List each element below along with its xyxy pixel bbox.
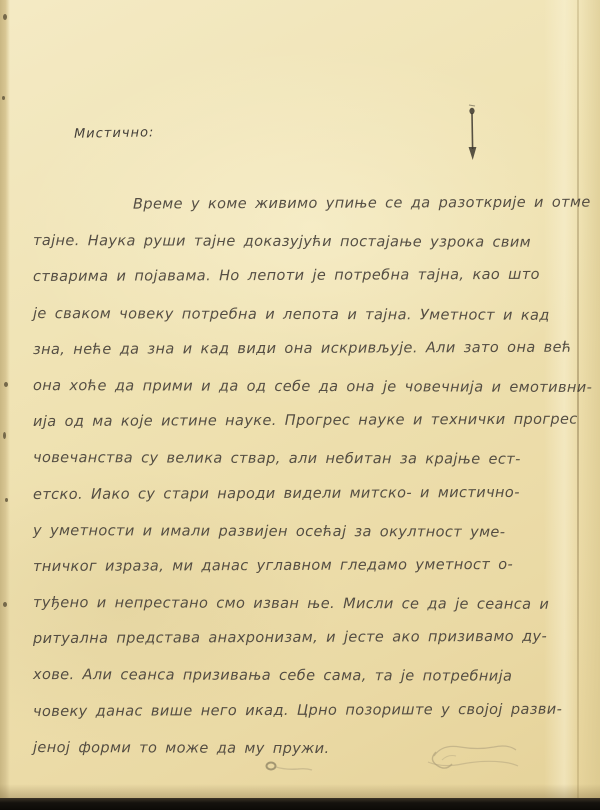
manuscript-page: Мистично: Време у коме живимо упиње се д… bbox=[0, 0, 600, 810]
handwritten-line: етско. Иако су стари народи видели митск… bbox=[33, 474, 585, 513]
handwritten-line: Време у коме живимо упиње се да разоткри… bbox=[33, 185, 585, 224]
manuscript-text: Време у коме живимо упиње се да разоткри… bbox=[33, 187, 585, 766]
page-bottom-shadow bbox=[0, 784, 600, 798]
binding-speck bbox=[3, 602, 7, 607]
pencil-scribble-large bbox=[412, 740, 522, 780]
binding-speck bbox=[3, 432, 6, 439]
pencil-scribble-small bbox=[264, 758, 316, 778]
handwritten-line: тничког израза, ми данас углавном гледам… bbox=[33, 546, 585, 585]
handwritten-line: је сваком човеку потребна и лепота и тај… bbox=[33, 296, 585, 334]
down-arrow-icon bbox=[464, 102, 480, 168]
binding-speck bbox=[5, 498, 8, 502]
handwritten-line: ритуална представа анахронизам, и јесте … bbox=[33, 619, 585, 658]
binding-speck bbox=[3, 14, 7, 20]
binding-speck bbox=[4, 382, 8, 387]
handwritten-line: она хоће да прими и да од себе да она је… bbox=[33, 368, 585, 406]
scan-edge bbox=[0, 798, 600, 810]
handwritten-line: стварима и појавама. Но лепоти је потреб… bbox=[33, 257, 585, 296]
binding-speck bbox=[2, 96, 5, 100]
handwritten-line: хове. Али сеанса призивања себе сама, та… bbox=[33, 657, 585, 695]
binding-edge bbox=[0, 0, 10, 810]
handwritten-line: тајне. Наука руши тајне доказујући поста… bbox=[33, 223, 585, 261]
handwritten-line: човечанства су велика ствар, али небитан… bbox=[33, 440, 585, 478]
handwritten-line: ија од ма које истине науке. Прогрес нау… bbox=[33, 402, 585, 441]
handwritten-line: човеку данас више него икад. Црно позори… bbox=[33, 691, 585, 730]
margin-note: Мистично: bbox=[74, 125, 155, 141]
handwritten-line: туђено и непрестано смо изван ње. Мисли … bbox=[33, 585, 585, 623]
handwritten-line: у уметности и имали развијен осећај за о… bbox=[33, 513, 585, 551]
handwritten-line: зна, неће да зна и кад види она искривљу… bbox=[33, 329, 585, 368]
